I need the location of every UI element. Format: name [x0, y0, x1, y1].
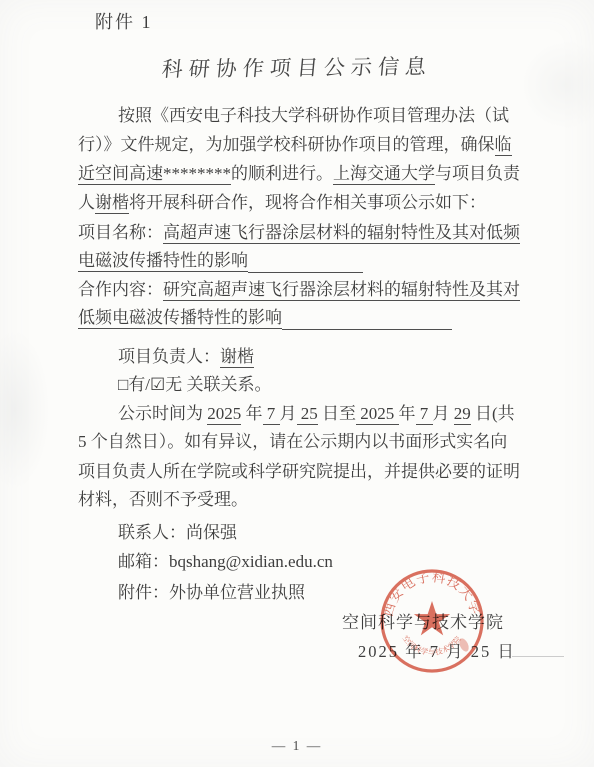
- svg-text:空间科学与技术学院: 空间科学与技术学院: [401, 633, 463, 657]
- text-segment: □有/☑无 关联关系。: [118, 375, 271, 394]
- text-segment: 公示时间为: [118, 404, 207, 423]
- document-line: 按照《西安电子科技大学科研协作项目管理办法（试: [78, 104, 509, 133]
- text-segment: 的顺利进行。: [231, 164, 333, 183]
- text-segment: 项目负责人所在学院或科学研究院提出，并提供必要的证明: [78, 462, 520, 481]
- document-line: 附件：外协单位营业执照: [78, 581, 305, 610]
- text-segment: 谢楷: [220, 347, 254, 368]
- text-segment: 低频电磁波传播特性的影响: [78, 308, 282, 329]
- text-segment: 年: [399, 404, 416, 423]
- text-segment: 年: [241, 404, 262, 423]
- text-segment: 附件：外协单位营业执照: [118, 583, 305, 602]
- text-segment: 按照《西安电子科技大学科研协作项目管理办法（试: [118, 106, 509, 125]
- document-title: 科研协作项目公示信息: [0, 49, 594, 85]
- document-line: 行）》文件规定，为加强学校科研协作项目的管理，确保临: [78, 133, 512, 162]
- signature-underline: [512, 656, 564, 657]
- document-line: 近空间高速********的顺利进行。上海交通大学与项目负责: [78, 162, 520, 191]
- text-segment: 2025: [356, 404, 399, 425]
- text-segment: 7: [416, 404, 433, 425]
- official-seal-icon: 西安电子科技大学 空间科学与技术学院: [377, 566, 487, 676]
- document-line: □有/☑无 关联关系。: [78, 373, 271, 402]
- document-line: 公示时间为 2025 年 7 月 25 日至 2025 年 7 月 29 日(共: [78, 402, 515, 431]
- text-segment: 日(共: [471, 404, 515, 423]
- text-segment: 7: [263, 404, 280, 425]
- document-line: 项目负责人：谢楷: [78, 345, 254, 374]
- document-line: 5 个自然日）。如有异议，请在公示期内以书面形式实名向: [78, 430, 507, 459]
- text-segment: 近空间高速********: [78, 164, 231, 185]
- text-segment: 合作内容：: [78, 280, 163, 299]
- text-segment: 项目名称：: [78, 223, 163, 242]
- text-segment: 行）》文件规定，为加强学校科研协作项目的管理，确保: [78, 135, 495, 154]
- document-line: 人谢楷将开展科研合作，现将合作相关事项公示如下：: [78, 191, 486, 220]
- attachment-label: 附件 1: [95, 8, 153, 34]
- text-segment: 邮箱：bqshang@xidian.edu.cn: [118, 552, 333, 571]
- scan-smudge: [0, 330, 50, 490]
- text-segment: 月: [280, 404, 297, 423]
- text-segment: 材料，否则不予受理。: [78, 490, 248, 509]
- page-number: — 1 —: [0, 738, 594, 754]
- document-line: 项目负责人所在学院或科学研究院提出，并提供必要的证明: [78, 460, 520, 489]
- star-icon: [414, 601, 450, 635]
- text-segment: 29: [454, 404, 471, 425]
- text-segment: 项目负责人：: [118, 347, 220, 366]
- document-line: 合作内容：研究高超声速飞行器涂层材料的辐射特性及其对: [78, 278, 520, 307]
- text-segment: 研究高超声速飞行器涂层材料的辐射特性及其对: [163, 280, 520, 301]
- text-segment: 上海交通大学: [333, 164, 435, 185]
- text-segment: 人: [78, 193, 95, 212]
- text-segment: 电磁波传播特性的影响: [78, 251, 248, 272]
- text-segment: [282, 310, 452, 330]
- seal-inner-text: 空间科学与技术学院: [401, 633, 463, 657]
- text-segment: 日至: [318, 404, 356, 423]
- text-segment: 2025: [207, 404, 241, 425]
- text-segment: 临: [495, 135, 512, 156]
- document-page: 附件 1 科研协作项目公示信息 按照《西安电子科技大学科研协作项目管理办法（试行…: [0, 0, 594, 767]
- text-segment: 月: [433, 404, 454, 423]
- text-segment: 高超声速飞行器涂层材料的辐射特性及其对低频: [163, 223, 520, 244]
- text-segment: [248, 253, 363, 273]
- document-line: 材料，否则不予受理。: [78, 488, 248, 517]
- document-line: 项目名称：高超声速飞行器涂层材料的辐射特性及其对低频: [78, 221, 520, 250]
- document-line: 电磁波传播特性的影响: [78, 249, 363, 278]
- text-segment: 与项目负责: [435, 164, 520, 183]
- document-line: 邮箱：bqshang@xidian.edu.cn: [78, 550, 333, 579]
- text-segment: 将开展科研合作，现将合作相关事项公示如下：: [129, 193, 486, 212]
- text-segment: 联系人：尚保强: [118, 523, 237, 542]
- document-line: 联系人：尚保强: [78, 521, 237, 550]
- text-segment: 25: [297, 404, 318, 425]
- document-line: 低频电磁波传播特性的影响: [78, 306, 452, 335]
- text-segment: 5 个自然日）。如有异议，请在公示期内以书面形式实名向: [78, 432, 507, 451]
- text-segment: 谢楷: [95, 193, 129, 214]
